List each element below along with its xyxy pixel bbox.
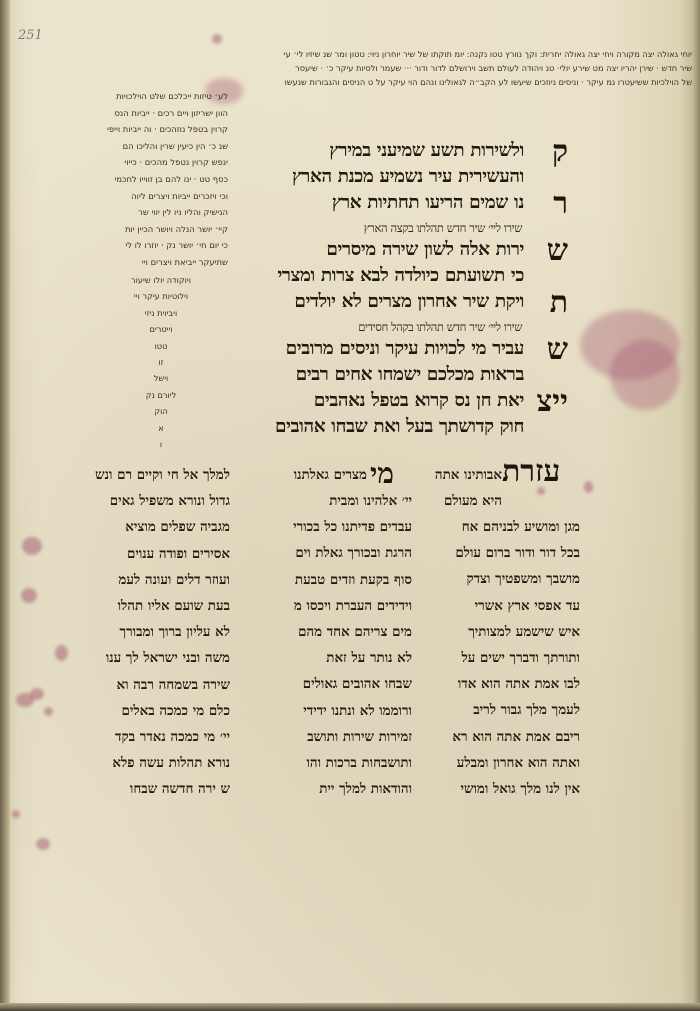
column-line: ועוזר דלים ועונה לעמ	[80, 567, 230, 593]
commentary-line: א	[96, 420, 226, 436]
verse-text: עביר מי לכויות עיקר וניסים מרובים	[286, 338, 524, 360]
column-line: סוף בקעת וזדים טבעת	[262, 567, 412, 593]
column-line: נורא תהלות עשה פלא	[80, 750, 230, 776]
column-line: מים צריהם אחד מהם	[262, 619, 412, 645]
column-line: מצרים גאלתנו	[262, 462, 367, 488]
commentary-line: כסף טט · ינו להם בן זווייו לחכמי	[88, 171, 228, 188]
commentary-line: ויביוית ניזי	[96, 305, 226, 321]
initial-letter: ש	[547, 332, 568, 367]
commentary-line: הנישיק והליו ניו לין יווי שר	[88, 204, 228, 221]
column-line: ורוממו לא ונתנו ידידי	[262, 698, 412, 724]
binding-edge	[0, 0, 10, 1011]
text-column-middle: מצרים גאלתנו	[262, 462, 367, 488]
commentary-line: כי יום חי׳ יושר נק · יוזרו לו לי	[88, 237, 228, 254]
commentary-line: לע׳ טיזות ייכלכם שלט הוילכויות	[88, 88, 228, 105]
column-line: ותורתך ודברך ישים על	[430, 645, 580, 671]
verse-text: ירות אלה לשון שירה מיסרים	[326, 239, 524, 261]
commentary-line: שנ כ׳ הין כיעין שרין והליכו הם	[88, 138, 228, 155]
column-line: אסירים ופודה ענוים	[80, 541, 230, 567]
folio-number: 251	[18, 28, 43, 43]
verse-row: ק ולשירות תשע שמיעני במירץ	[258, 140, 588, 166]
column-line: עד אפסי ארץ אשרי	[430, 593, 580, 619]
commentary-top: יוחי גאולה יצה מקורה ויחי יצה גאולה יחרי…	[92, 47, 692, 89]
verse-text: בראות מכלכם ישמחו אחים רבים	[296, 364, 524, 386]
column-line: כלם מי כמכה באלים	[80, 698, 230, 724]
verse-row: והעשירית עיר נשמיע מכנת הארץ	[258, 166, 588, 192]
commentary-line: הוק	[96, 403, 226, 419]
verse-row: ר נו שמים הריעו תחתיות ארץ	[258, 192, 588, 218]
text-column-right: אבותינו אתה היא מעולם	[432, 462, 502, 514]
column-line: לא עליון ברוך ומבורך	[80, 619, 230, 645]
commentary-line: קרוין בטפל נוזהכים · וה ייביות וייפי	[88, 121, 228, 138]
column-line: איש שישמע למצותיך	[430, 619, 580, 645]
wine-stain	[30, 688, 44, 700]
commentary-line: קיי׳ יושר הנלה ויושר הכיין יות	[88, 221, 228, 238]
manuscript-page: 251 יוחי גאולה יצה מקורה ויחי יצה גאולה …	[0, 0, 700, 1011]
main-text-upper: ק ולשירות תשע שמיעני במירץ והעשירית עיר …	[258, 140, 588, 442]
column-line: למלך אל חי וקיים רם ונש	[80, 462, 230, 488]
column-line: ותושבחות ברכות והו	[262, 750, 412, 776]
column-line: הרגת ובכורך גאלת וים	[262, 540, 412, 566]
column-line: בכל דור ודור ברום עולם	[430, 540, 580, 566]
verse-text: ולשירות תשע שמיעני במירץ	[329, 140, 524, 162]
column-line: לא נותר על זאת	[262, 645, 412, 671]
wine-stain	[584, 481, 593, 493]
column-line: מגן ומושיע לבניהם אח	[430, 514, 580, 540]
verse-text: נו שמים הריעו תחתיות ארץ	[332, 192, 524, 214]
verse-text: כי תשועתם כיולדה לבא צרות ומצרי	[277, 265, 524, 287]
initial-letter: ייצ	[537, 384, 568, 419]
commentary-line: טטו	[96, 338, 226, 354]
verse-row: ת ויקת שיר אחרון מצרים לא יולדים	[258, 291, 588, 317]
column-line: שירה בשמחה רבה וא	[80, 672, 230, 698]
wine-stain	[610, 340, 680, 410]
column-line: גדול ונורא משפיל גאים	[80, 488, 230, 514]
verse-text: יאת חן נס קרוא בטפל נאהבים	[314, 390, 524, 412]
page-right-edge	[692, 0, 700, 1011]
initial-letter: ר	[553, 186, 568, 221]
column-line: בעת שועם אליו תהלו	[80, 593, 230, 619]
commentary-line: של הוילכיות ששיעטרו נמ עיקר · וניסים ניו…	[92, 75, 692, 89]
commentary-line: זו	[96, 354, 226, 370]
column-line: וידידים העברת ויכסו מ	[262, 593, 412, 619]
column-line: זמירות שירות ותושב	[262, 724, 412, 750]
column-line: ואתה הוא אחרון ומבלע	[430, 750, 580, 776]
verse-row: ייצ יאת חן נס קרוא בטפל נאהבים	[258, 390, 588, 416]
verse-text: שירו ליי׳ שיר חדש תהלתו בקצה הארץ	[364, 221, 522, 235]
verse-row: חוק קדושתך בעל ואת שבחו אהובים	[258, 416, 588, 442]
column-line: מגביה שפלים מוציא	[80, 514, 230, 540]
commentary-line: וישל	[96, 370, 226, 386]
commentary-line: הוון ישריזון ויים רכים · ייביות הנס	[88, 105, 228, 122]
wine-stain	[21, 588, 37, 603]
verse-row: שירו ליי׳ שיר חדש תהלתו בקהל חסידים	[258, 317, 588, 338]
column-line: יי׳ אלהינו ומבית	[262, 488, 412, 514]
column-line: והודאות למלך יית	[262, 776, 412, 802]
column-line: ש ירה חדשה שבחו	[80, 776, 230, 802]
verse-row: שירו ליי׳ שיר חדש תהלתו בקצה הארץ	[258, 218, 588, 239]
column-line: היא מעולם	[432, 488, 502, 514]
wine-stain	[55, 645, 68, 661]
commentary-line: וילוטיות עיקר ויי	[96, 288, 226, 304]
column-line: שבחו אהובים גאולים	[262, 671, 412, 697]
commentary-line: יוחי גאולה יצה מקורה ויחי יצה גאולה יחרי…	[92, 47, 692, 61]
column-line: משה ובני ישראל לך ענו	[80, 645, 230, 671]
column-line: אין לנו מלך גואל ומושי	[430, 776, 580, 802]
wine-stain	[36, 838, 50, 850]
verse-row: כי תשועתם כיולדה לבא צרות ומצרי	[258, 265, 588, 291]
initial-letter: ק	[552, 134, 568, 169]
initial-letter: ת	[550, 285, 568, 320]
commentary-line: ינפש קרוין נטפל מהכים · כייוי	[88, 154, 228, 171]
commentary-line: ויוקודה יולו שיעור	[96, 272, 226, 288]
commentary-taper: ויוקודה יולו שיעור וילוטיות עיקר ויי ויב…	[96, 272, 226, 452]
text-column-left: למלך אל חי וקיים רם ונש גדול ונורא משפיל…	[80, 462, 230, 802]
commentary-line: וכי ויזכרים ייביות ויצרים ליוה	[88, 188, 228, 205]
column-line: לבו אמת אתה הוא אדו	[430, 671, 580, 697]
verse-text: והעשירית עיר נשמיע מכנת הארץ	[292, 166, 524, 188]
column-header-word: מי	[370, 457, 394, 491]
text-column-middle: יי׳ אלהינו ומבית עבדים פדיתנו כל בכורי ה…	[262, 488, 412, 802]
wine-stain	[22, 537, 42, 555]
verse-row: ש ירות אלה לשון שירה מיסרים	[258, 239, 588, 265]
wine-stain	[44, 707, 53, 716]
column-line: מושבך ומשפטיך וצדק	[430, 566, 580, 592]
wine-stain	[12, 810, 20, 818]
initial-letter: ש	[547, 233, 568, 268]
commentary-side: לע׳ טיזות ייכלכם שלט הוילכויות הוון ישרי…	[88, 88, 228, 271]
column-header-word: עזרת	[502, 454, 560, 489]
column-line: לעמך מלך גבור לריב	[430, 697, 580, 723]
commentary-line: ו	[96, 436, 226, 452]
wine-stain	[212, 34, 222, 44]
verse-row: ש עביר מי לכויות עיקר וניסים מרובים	[258, 338, 588, 364]
commentary-line: ליורם נק	[96, 387, 226, 403]
commentary-line: שיר חדש · שירן יהריו יצה מט שירע יולי· ט…	[92, 61, 692, 75]
column-line: אבותינו אתה	[432, 462, 502, 488]
verse-text: חוק קדושתך בעל ואת שבחו אהובים	[275, 416, 524, 438]
commentary-line: וייטרים	[96, 321, 226, 337]
verse-text: ויקת שיר אחרון מצרים לא יולדים	[294, 291, 524, 313]
column-line: עבדים פדיתנו כל בכורי	[262, 514, 412, 540]
column-line: ריבם אמת אתה הוא רא	[430, 724, 580, 750]
column-line: יי׳ מי כמכה נאדר בקד	[80, 724, 230, 750]
verse-text: שירו ליי׳ שיר חדש תהלתו בקהל חסידים	[358, 320, 522, 334]
text-column-right: מגן ומושיע לבניהם אח בכל דור ודור ברום ע…	[430, 514, 580, 802]
page-bottom-edge	[0, 1003, 700, 1011]
commentary-line: שתיעקר ייביאת ויצרים ויי	[88, 254, 228, 271]
